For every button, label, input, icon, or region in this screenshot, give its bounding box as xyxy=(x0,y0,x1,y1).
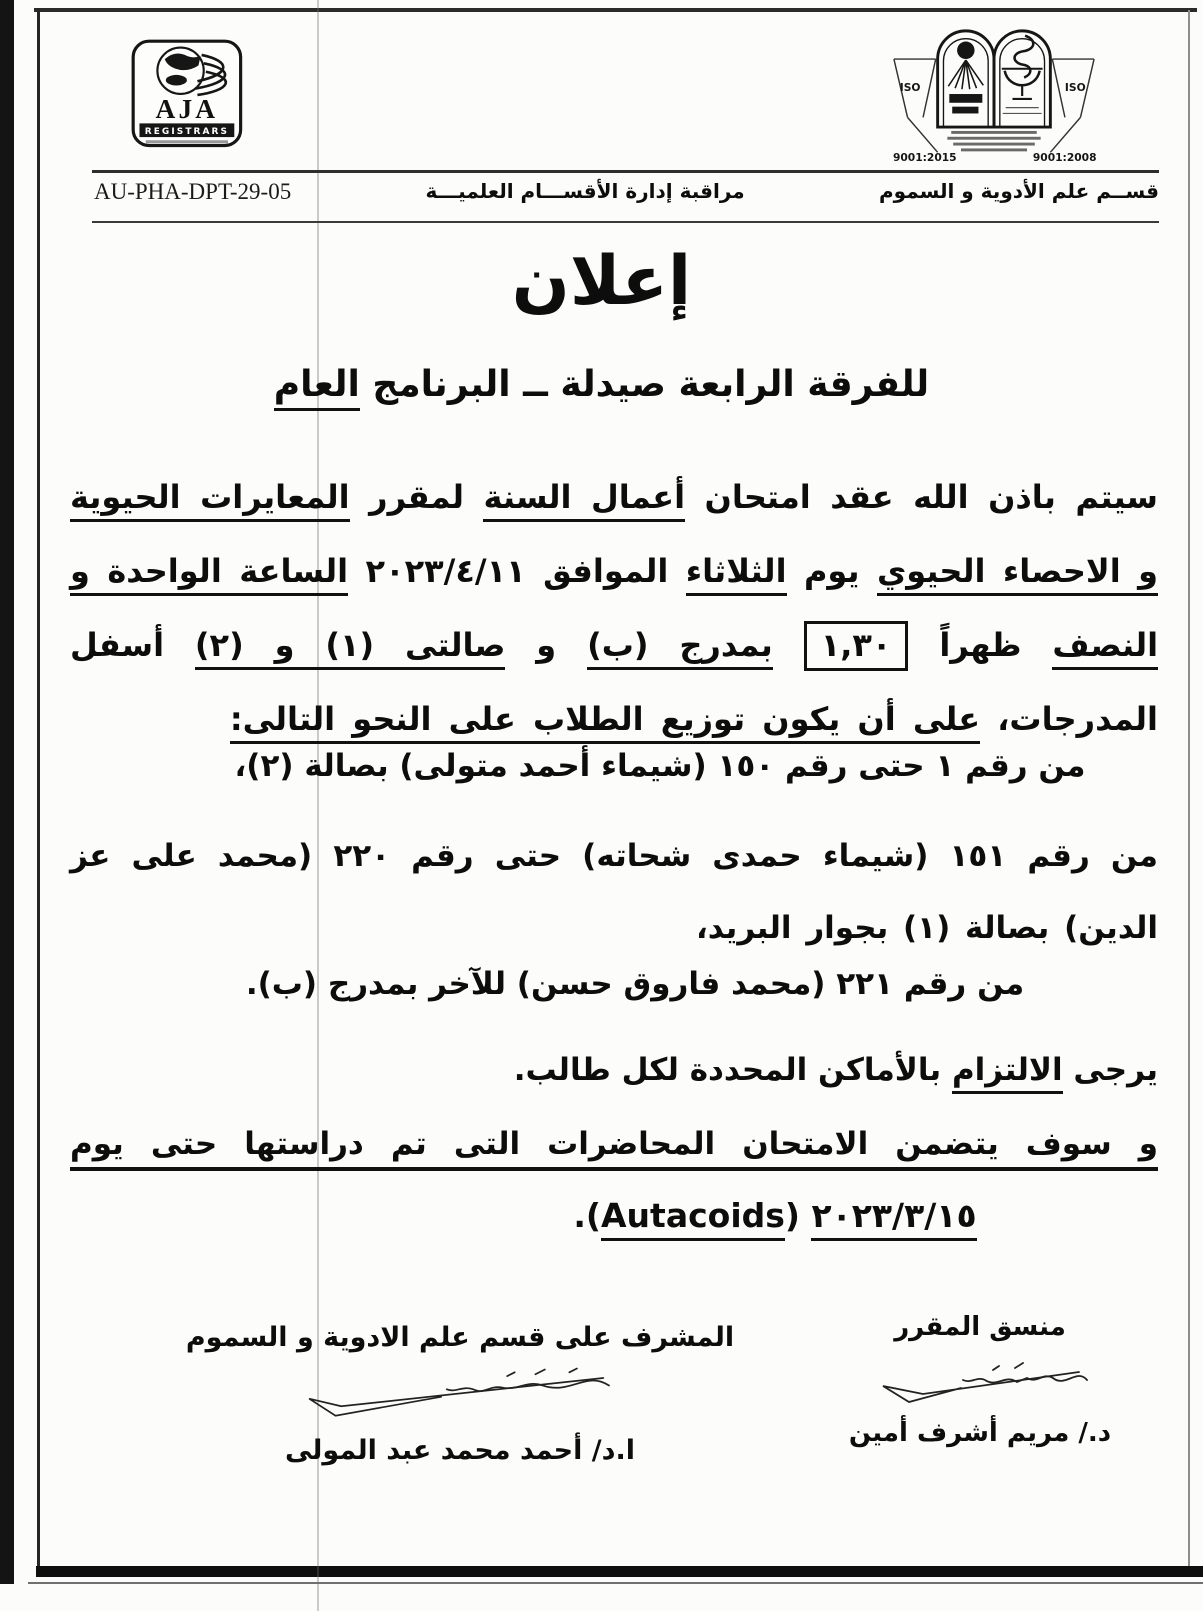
emblem-microtext xyxy=(947,131,1040,151)
iso-cert-2008: 9001:2008 xyxy=(1033,151,1097,164)
paragraph-segment xyxy=(773,626,804,664)
document-code: AU-PHA-DPT-29-05 xyxy=(94,179,291,205)
paragraph-segment: يوم xyxy=(787,552,877,590)
aja-logo-graphic: AJA REGISTRARS xyxy=(130,38,248,154)
coverage-underlined-sentence: و سوف يتضمن الامتحان المحاضرات التى تم د… xyxy=(70,1126,1158,1171)
note-text: بالأماكن المحددة لكل طالب. xyxy=(514,1052,952,1088)
course-coordinator-signature-block: منسق المقرر د./ مريم أشرف أمين xyxy=(845,1312,1115,1448)
aja-registrars-label: REGISTRARS xyxy=(145,127,229,137)
sun-icon xyxy=(957,42,974,59)
note-underlined-word: الالتزام xyxy=(952,1052,1063,1094)
supervisor-role: المشرف على قسم علم الادوية و السموم xyxy=(160,1322,760,1353)
paragraph-segment: لمقرر xyxy=(350,478,484,516)
iso-cert-2015: 9001:2015 xyxy=(893,151,957,164)
paragraph-segment: ظهراً xyxy=(908,626,1052,664)
exam-details-paragraph: سيتم باذن الله عقد امتحان أعمال السنة لم… xyxy=(70,460,1158,756)
distribution-line-2: من رقم ١٥١ (شيماء حمدى شحاته) حتى رقم ٢٢… xyxy=(70,820,1158,964)
document-header-row: قســم علم الأدوية و السموم مراقبة إدارة … xyxy=(94,179,1159,205)
supervisor-name: ا.د/ أحمد محمد عبد المولى xyxy=(160,1435,760,1466)
coordinator-role: منسق المقرر xyxy=(845,1312,1115,1342)
snake-and-cup-icon xyxy=(1002,36,1043,114)
department-name: قســم علم الأدوية و السموم xyxy=(879,179,1159,203)
underlined-phrase-rooms: صالتى (١) و (٢) xyxy=(195,626,506,670)
coverage-topic: Autacoids xyxy=(601,1196,785,1241)
announcement-title: إعلان xyxy=(0,242,1203,321)
subtitle-text: للفرقة الرابعة صيدلة ــ البرنامج xyxy=(360,364,929,405)
subtitle-underlined-word: العام xyxy=(274,364,360,411)
announcement-subtitle: للفرقة الرابعة صيدلة ــ البرنامج العام xyxy=(0,364,1203,405)
boxed-time-value: ١,٣٠ xyxy=(804,621,909,671)
page-border-top xyxy=(34,8,1197,12)
page-border-bottom xyxy=(36,1566,1203,1577)
supervisor-signature-icon xyxy=(290,1361,630,1427)
exam-coverage-line: و سوف يتضمن الامتحان المحاضرات التى تم د… xyxy=(70,1126,1158,1162)
header-rule-bottom xyxy=(92,221,1159,223)
underlined-phrase-hall-b: بمدرج (ب) xyxy=(587,626,773,670)
seating-commitment-note: يرجى الالتزام بالأماكن المحددة لكل طالب. xyxy=(70,1052,1158,1088)
aja-acronym: AJA xyxy=(156,94,219,124)
aja-registrars-logo: AJA REGISTRARS xyxy=(130,38,248,158)
coordinator-signature-icon xyxy=(865,1350,1095,1410)
header-rule-top xyxy=(92,170,1159,173)
scanner-edge-strip xyxy=(0,0,14,1584)
coordinator-name: د./ مريم أشرف أمين xyxy=(845,1418,1115,1448)
pharmacy-bowl-arch xyxy=(994,31,1050,127)
note-text: يرجى xyxy=(1063,1052,1158,1088)
paragraph-segment-date: الموافق ٢٠٢٣/٤/١١ xyxy=(348,552,686,590)
distribution-line-3: من رقم ٢٢١ (محمد فاروق حسن) للآخر بمدرج … xyxy=(110,966,1160,1002)
underlined-phrase-day: الثلاثاء xyxy=(686,552,787,596)
scientific-departments-control: مراقبة إدارة الأقســـام العلميـــة xyxy=(426,179,745,203)
iso-left-label: ISO xyxy=(900,81,921,94)
underlined-phrase-distribution: على أن يكون توزيع الطلاب على النحو التال… xyxy=(230,700,980,744)
coverage-paren-open: ( xyxy=(785,1196,812,1235)
department-supervisor-signature-block: المشرف على قسم علم الادوية و السموم ا.د/… xyxy=(160,1322,760,1466)
university-emblem-graphic: ISO ISO xyxy=(891,22,1097,168)
distribution-line-1: من رقم ١ حتى رقم ١٥٠ (شيماء أحمد متولى) … xyxy=(160,748,1160,784)
university-sun-arch xyxy=(938,31,994,127)
coverage-paren-close: ). xyxy=(573,1196,601,1235)
iso-right-label: ISO xyxy=(1065,81,1086,94)
university-iso-emblem: ISO ISO xyxy=(891,22,1097,172)
page-border-bottom-shadow xyxy=(28,1582,1203,1584)
scanned-announcement-page: AJA REGISTRARS ISO ISO xyxy=(0,0,1203,1611)
paragraph-segment: و xyxy=(505,626,587,664)
underlined-phrase-exam-type: أعمال السنة xyxy=(483,478,685,522)
coverage-date: ٢٠٢٣/٣/١٥ xyxy=(811,1196,976,1241)
coverage-date-line: ٢٠٢٣/٣/١٥ (Autacoids). xyxy=(390,1196,1160,1235)
paragraph-segment: سيتم باذن الله عقد امتحان xyxy=(685,478,1158,516)
